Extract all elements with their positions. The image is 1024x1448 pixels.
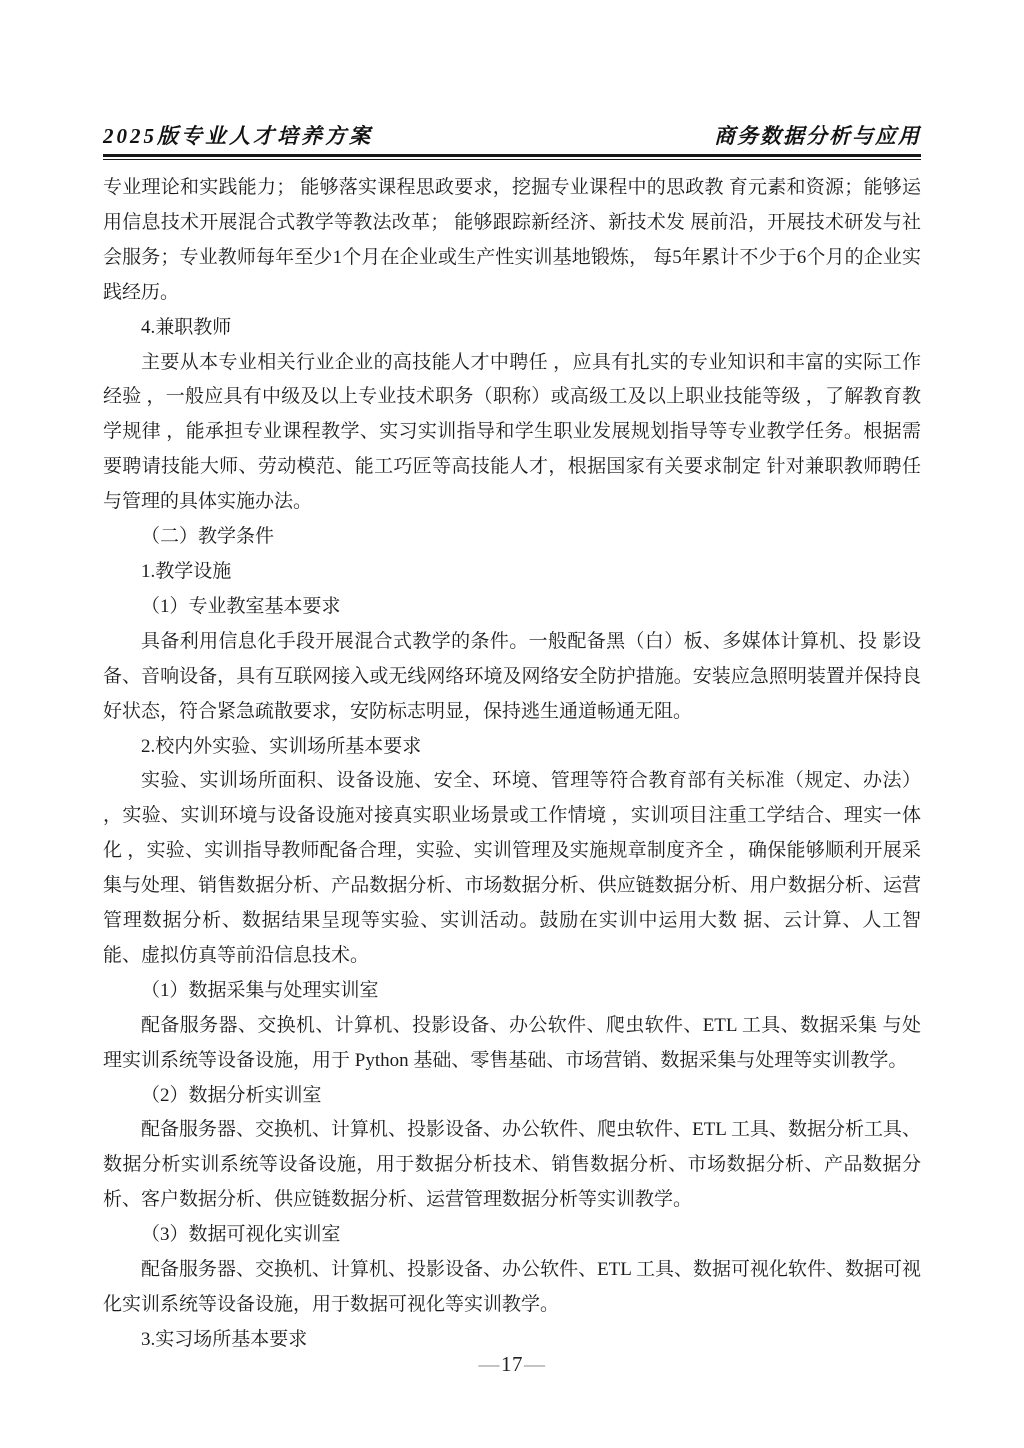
section-heading-teaching-facilities: 1.教学设施 <box>103 555 921 590</box>
section-heading-data-analysis-lab: （2）数据分析实训室 <box>103 1079 921 1114</box>
paragraph-data-analysis-lab: 配备服务器、交换机、计算机、投影设备、办公软件、爬虫软件、ETL 工具、数据分析… <box>103 1113 921 1218</box>
header-titles: 2025版专业人才培养方案 商务数据分析与应用 <box>103 120 921 154</box>
page-footer: —17— <box>0 1352 1024 1377</box>
paragraph-data-collection-lab: 配备服务器、交换机、计算机、投影设备、办公软件、爬虫软件、ETL 工具、数据采集… <box>103 1009 921 1079</box>
section-heading-training-site-requirements: 2.校内外实验、实训场所基本要求 <box>103 730 921 765</box>
section-heading-data-collection-lab: （1）数据采集与处理实训室 <box>103 974 921 1009</box>
header-rule-thin <box>103 159 921 160</box>
section-heading-teaching-conditions: （二）教学条件 <box>103 520 921 555</box>
document-body: 专业理论和实践能力； 能够落实课程思政要求，挖掘专业课程中的思政教 育元素和资源… <box>103 171 921 1358</box>
footer-right-dash: — <box>524 1352 546 1376</box>
section-heading-classroom-requirements: （1）专业教室基本要求 <box>103 590 921 625</box>
paragraph-classroom-requirements: 具备利用信息化手段开展混合式教学的条件。一般配备黑（白）板、多媒体计算机、投 影… <box>103 625 921 730</box>
document-page: 2025版专业人才培养方案 商务数据分析与应用 专业理论和实践能力； 能够落实课… <box>0 0 1024 1448</box>
header-left-title: 2025版专业人才培养方案 <box>103 120 373 150</box>
header-right-title: 商务数据分析与应用 <box>714 120 921 150</box>
paragraph-part-time-teachers: 主要从本专业相关行业企业的高技能人才中聘任 ，应具有扎实的专业知识和丰富的实际工… <box>103 346 921 521</box>
paragraph-training-site-requirements: 实验、实训场所面积、设备设施、安全、环境、管理等符合教育部有关标准（规定、办法）… <box>103 764 921 973</box>
page-number: 17 <box>500 1352 524 1376</box>
section-heading-part-time-teachers: 4.兼职教师 <box>103 311 921 346</box>
footer-left-dash: — <box>479 1352 501 1376</box>
page-header: 2025版专业人才培养方案 商务数据分析与应用 <box>103 120 921 160</box>
header-rule-thick <box>103 154 921 157</box>
paragraph-data-visualization-lab: 配备服务器、交换机、计算机、投影设备、办公软件、ETL 工具、数据可视化软件、数… <box>103 1253 921 1323</box>
section-heading-data-visualization-lab: （3）数据可视化实训室 <box>103 1218 921 1253</box>
continuation-paragraph: 专业理论和实践能力； 能够落实课程思政要求，挖掘专业课程中的思政教 育元素和资源… <box>103 171 921 311</box>
